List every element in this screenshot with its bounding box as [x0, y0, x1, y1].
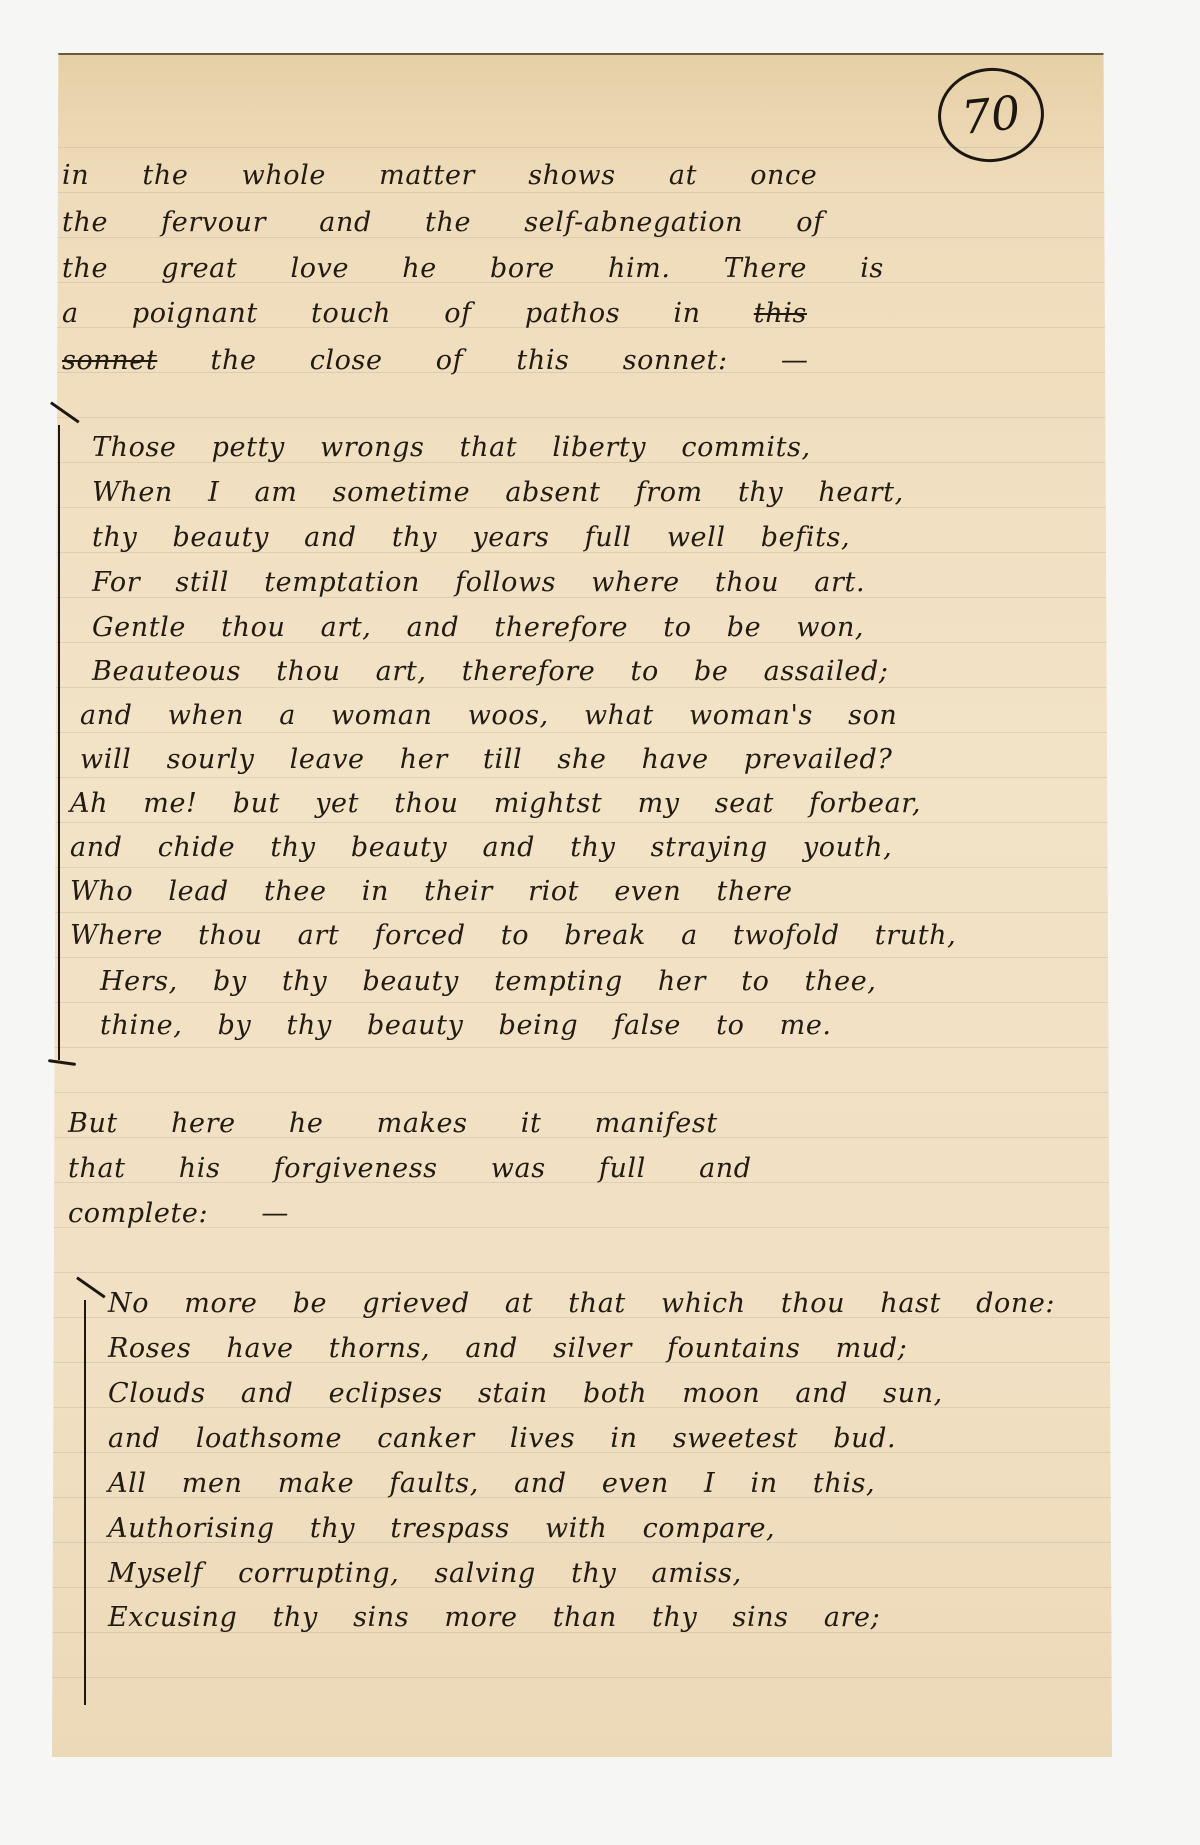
ruled-line: [52, 822, 1112, 823]
sonnet-line: Roses have thorns, and silver fountains …: [108, 1333, 907, 1364]
sonnet-line: Clouds and eclipses stain both moon and …: [108, 1378, 943, 1409]
ruled-line: [52, 777, 1112, 778]
paragraph-line: complete: —: [68, 1198, 289, 1229]
sonnet-line: For still temptation follows where thou …: [92, 567, 865, 598]
quote-bracket: [84, 1300, 86, 1705]
struck-word: this: [754, 298, 807, 329]
intro-line-text: the close of this sonnet: —: [211, 345, 809, 376]
sonnet-line: and when a woman woos, what woman's son: [80, 700, 897, 731]
sonnet-line: Myself corrupting, salving thy amiss,: [108, 1558, 742, 1589]
sonnet-line: Ah me! but yet thou mightst my seat forb…: [70, 788, 921, 819]
intro-line: a poignant touch of pathos in this: [62, 298, 807, 329]
intro-line: the fervour and the self-abnegation of: [62, 207, 824, 238]
ruled-line: [52, 1677, 1112, 1678]
sonnet-line: Who lead thee in their riot even there: [70, 876, 793, 907]
ruled-line: [52, 687, 1112, 688]
sonnet-line: No more be grieved at that which thou ha…: [108, 1288, 1055, 1319]
intro-line-text: a poignant touch of pathos in: [62, 298, 701, 329]
sonnet-line: Those petty wrongs that liberty commits,: [92, 432, 811, 463]
paragraph-line: But here he makes it manifest: [68, 1108, 718, 1139]
ruled-line: [52, 732, 1112, 733]
ruled-line: [52, 1092, 1112, 1093]
ruled-line: [52, 1272, 1112, 1273]
ruled-line: [52, 192, 1112, 193]
ruled-line: [52, 1002, 1112, 1003]
intro-line: sonnet the close of this sonnet: —: [62, 345, 809, 376]
ruled-line: [52, 957, 1112, 958]
sonnet-line: and loathsome canker lives in sweetest b…: [108, 1423, 896, 1454]
sonnet-line: and chide thy beauty and thy straying yo…: [70, 832, 892, 863]
sonnet-line: Authorising thy trespass with compare,: [108, 1513, 775, 1544]
sonnet-line: Where thou art forced to break a twofold…: [70, 920, 956, 951]
sonnet-line: Gentle thou art, and therefore to be won…: [92, 612, 864, 643]
sonnet-line: Excusing thy sins more than thy sins are…: [108, 1602, 880, 1633]
ruled-line: [52, 867, 1112, 868]
ruled-line: [52, 417, 1112, 418]
sonnet-line: thy beauty and thy years full well befit…: [92, 522, 850, 553]
intro-line: the great love he bore him. There is: [62, 253, 884, 284]
ruled-line: [52, 912, 1112, 913]
sonnet-line: thine, by thy beauty being false to me.: [100, 1010, 832, 1041]
paragraph-line: that his forgiveness was full and: [68, 1153, 752, 1184]
sonnet-line: will sourly leave her till she have prev…: [80, 744, 892, 775]
ruled-line: [52, 1047, 1112, 1048]
page-number-text: 70: [959, 85, 1023, 145]
sonnet-line: Beauteous thou art, therefore to be assa…: [92, 656, 889, 687]
struck-word: sonnet: [62, 345, 157, 376]
sonnet-line: When I am sometime absent from thy heart…: [92, 477, 904, 508]
sonnet-line: All men make faults, and even I in this,: [108, 1468, 875, 1499]
sonnet-line: Hers, by thy beauty tempting her to thee…: [100, 966, 876, 997]
quote-bracket: [58, 425, 60, 1060]
intro-line: in the whole matter shows at once: [62, 160, 817, 191]
